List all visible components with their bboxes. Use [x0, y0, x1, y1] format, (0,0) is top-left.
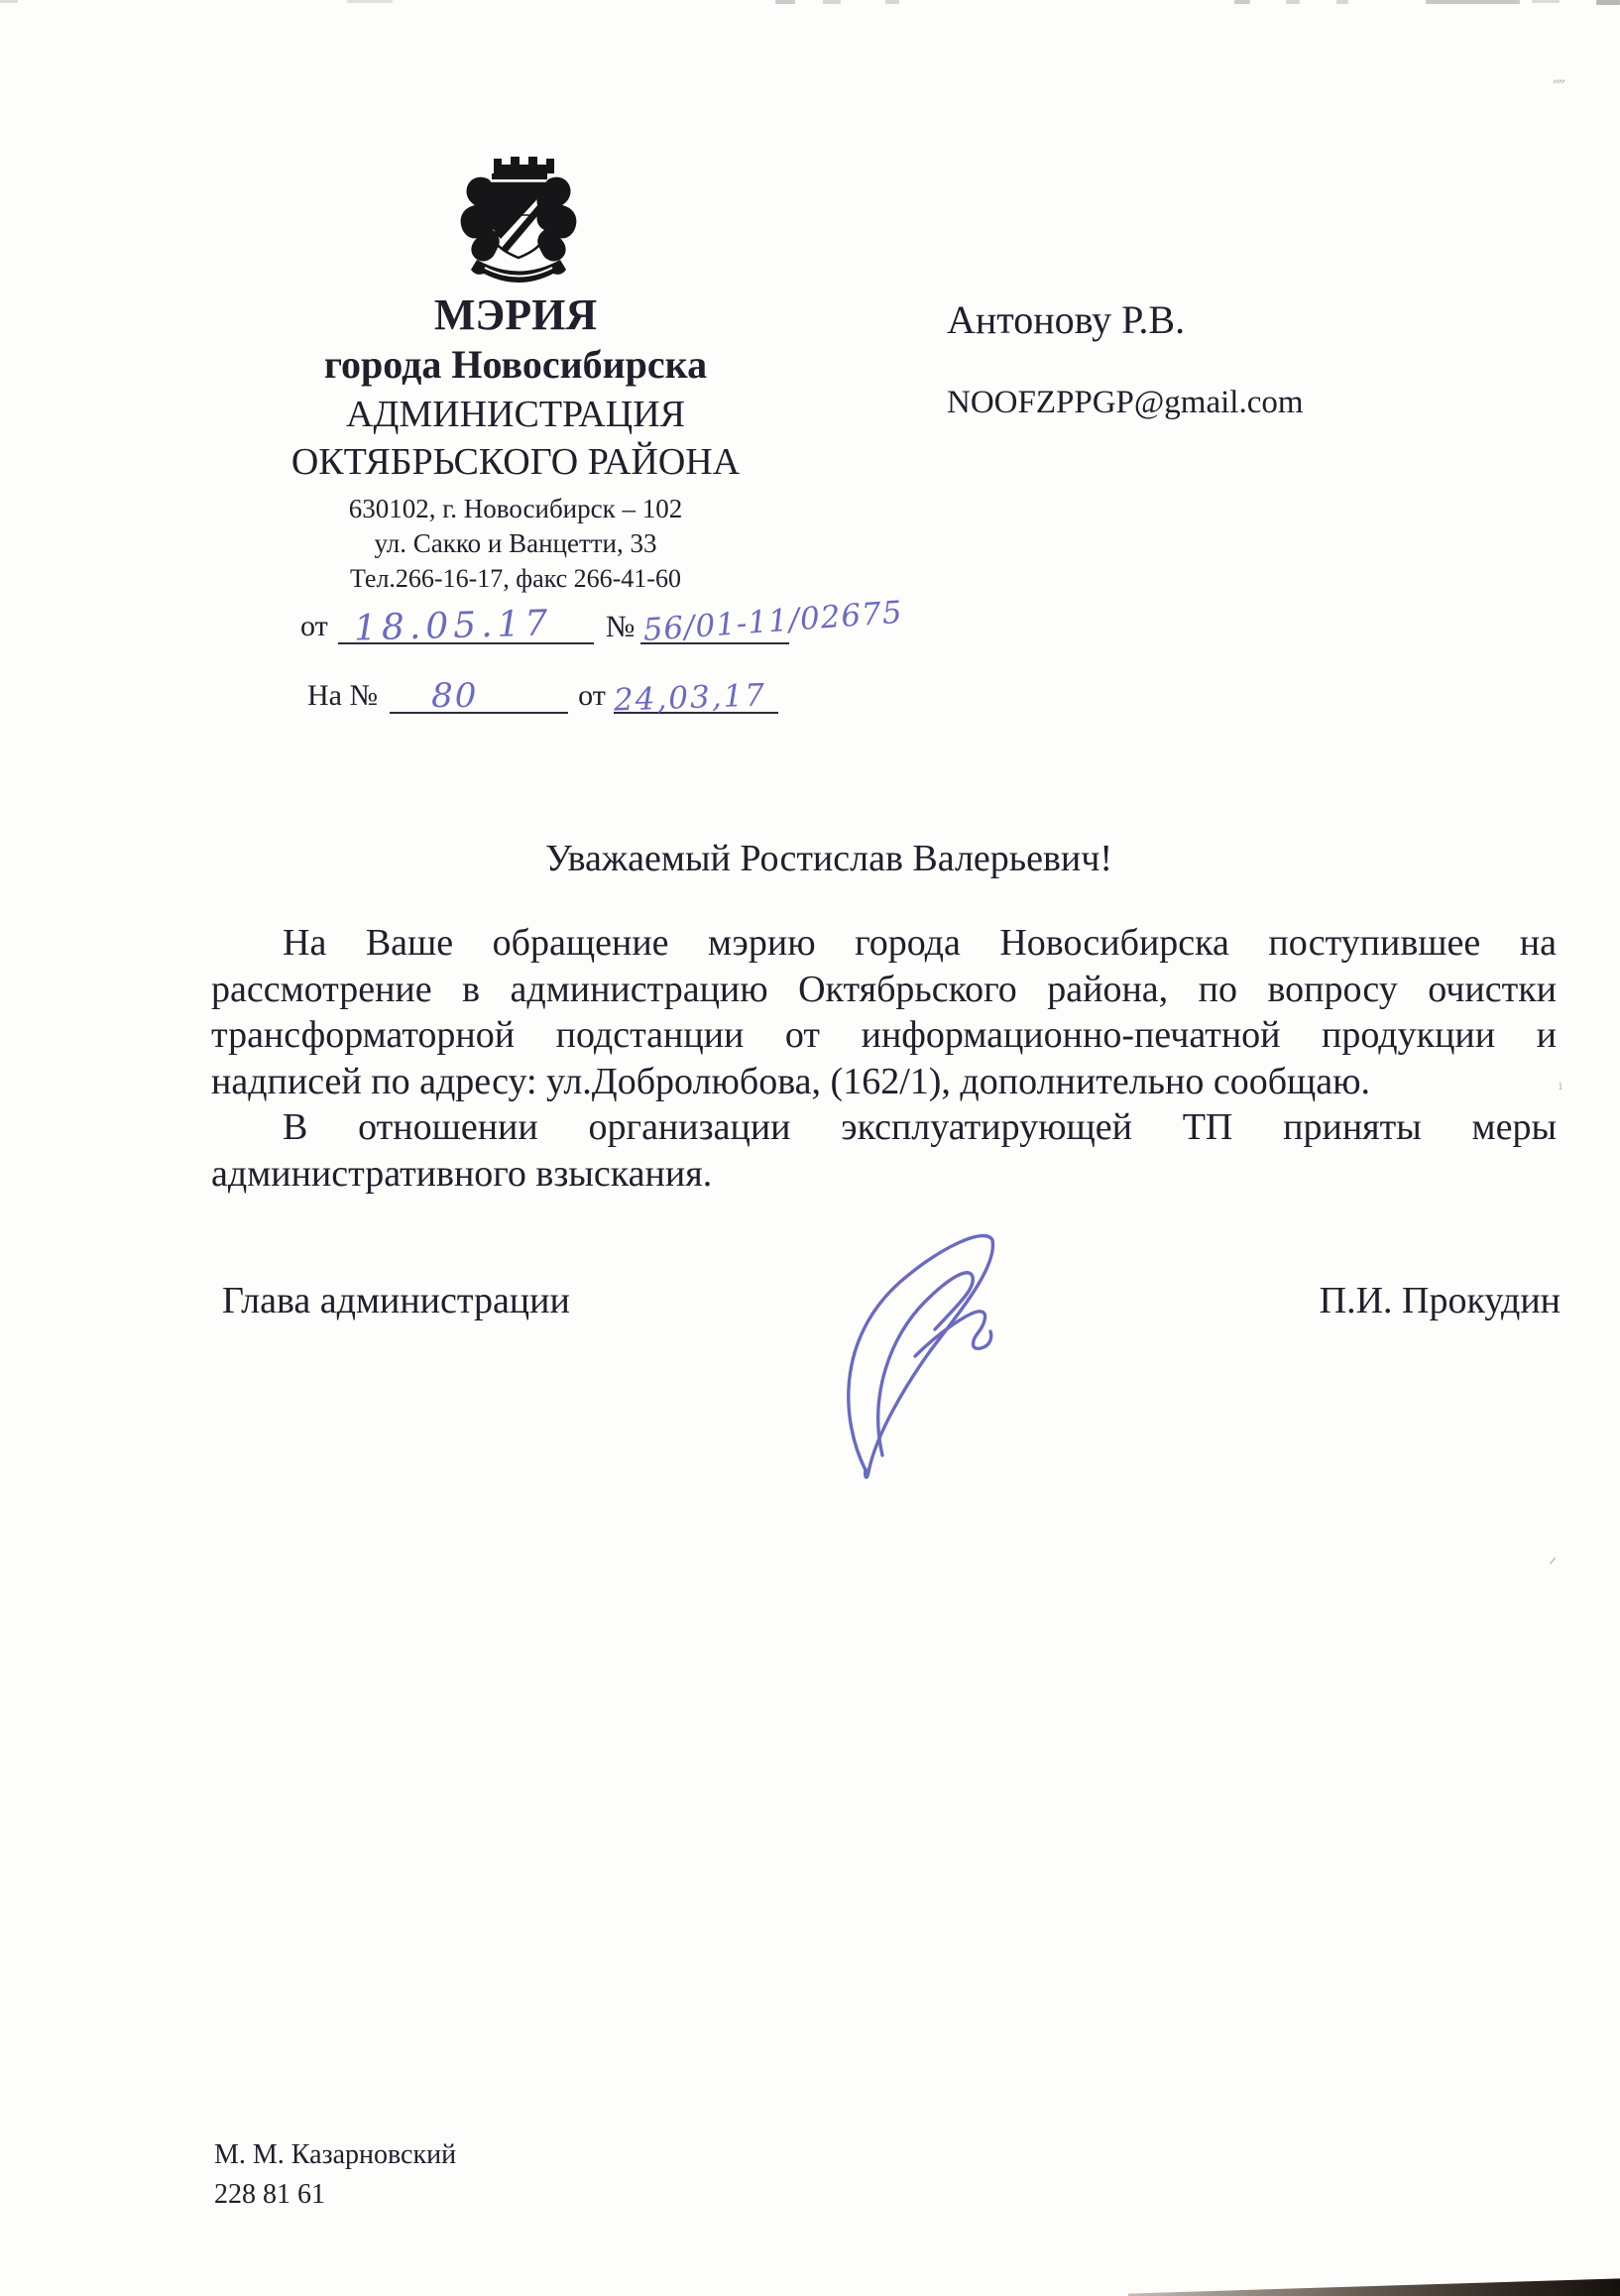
novosibirsk-coat-of-arms-icon — [449, 149, 588, 289]
incoming-reference-row: На № 80 от 24,03,17 — [307, 678, 778, 714]
scan-artifact-bottom-edge — [1128, 2276, 1620, 2296]
signer-position-title: Глава администрации — [222, 1279, 570, 1322]
org-street-address: ул. Сакко и Ванцетти, 33 — [188, 527, 843, 560]
outgoing-date-blank: 18.05.17 — [338, 607, 594, 644]
body-line: административного взыскания. — [211, 1151, 1557, 1198]
recipient-email: NOOFZPPGP@gmail.com — [947, 385, 1304, 421]
incoming-number-handwritten: 80 — [431, 676, 478, 716]
body-line: рассмотрение в администрацию Октябрьског… — [211, 967, 1557, 1013]
incoming-number-label: На № — [307, 679, 378, 714]
outgoing-reference-row: от 18.05.17 № 56/01-11/02675 — [300, 607, 789, 644]
scan-speck: ᐟ — [1549, 1552, 1557, 1576]
body-line: На Ваше обращение мэрию города Новосибир… — [211, 920, 1557, 967]
executor-name: М. М. Казарновский — [214, 2139, 456, 2171]
incoming-date-label: от — [578, 679, 606, 714]
incoming-date-handwritten: 24,03,17 — [613, 677, 766, 718]
org-name-city-hall: МЭРИЯ — [188, 291, 843, 339]
scan-speck: ⁗ — [1553, 75, 1565, 99]
outgoing-number-label: № — [606, 610, 636, 644]
recipient-name: Антонову Р.В. — [947, 296, 1185, 343]
handwritten-signature — [821, 1222, 1021, 1492]
letter-body: На Ваше обращение мэрию города Новосибир… — [211, 920, 1557, 1197]
scan-speck: ᵢ — [1559, 1071, 1562, 1094]
org-name-district: ОКТЯБРЬСКОГО РАЙОНА — [188, 440, 843, 484]
org-name-administration: АДМИНИСТРАЦИЯ — [188, 393, 843, 436]
outgoing-number-handwritten: 56/01-11/02675 — [642, 595, 904, 648]
scanned-letter-page: ⁗ ᵢ ᐟ МЭРИЯ города Новосибирска АДМИНИСТ — [0, 0, 1620, 2296]
outgoing-number-blank: 56/01-11/02675 — [640, 607, 789, 644]
org-phone-fax: Тел.266-16-17, факс 266-41-60 — [188, 562, 843, 595]
incoming-number-blank: 80 — [390, 678, 568, 714]
org-name-city: города Новосибирска — [188, 343, 843, 387]
body-line: надписей по адресу: ул.Добролюбова, (162… — [211, 1059, 1557, 1105]
body-line: трансформаторной подстанции от информаци… — [211, 1012, 1557, 1059]
incoming-date-blank: 24,03,17 — [614, 678, 778, 714]
salutation: Уважаемый Ростислав Валерьевич! — [545, 837, 1112, 880]
outgoing-date-handwritten: 18.05.17 — [353, 603, 552, 648]
executor-phone: 228 81 61 — [214, 2179, 325, 2211]
signer-name: П.И. Прокудин — [1320, 1279, 1561, 1322]
body-line: В отношении организации эксплуатирующей … — [211, 1104, 1557, 1151]
outgoing-date-label: от — [300, 610, 328, 644]
org-postal-address: 630102, г. Новосибирск – 102 — [188, 493, 843, 525]
